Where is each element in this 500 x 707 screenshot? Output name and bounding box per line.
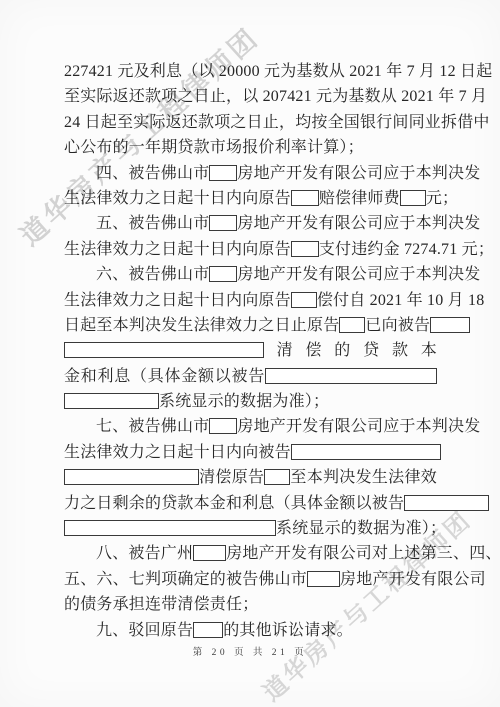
text-segment: 的债务承担连带清偿责任； bbox=[64, 596, 258, 613]
redaction-box bbox=[404, 495, 489, 511]
text-segment: 五、六、七判项确定的被告佛山市 bbox=[64, 571, 307, 588]
judgment-line: 心公布的一年期贷款市场报价利率计算）； bbox=[64, 135, 437, 160]
text-segment: 房地产开发有限公司应于本判决发 bbox=[237, 266, 480, 283]
redaction-box bbox=[209, 418, 237, 434]
text-segment: 五、被告佛山市 bbox=[96, 215, 209, 232]
text-segment: 房地产开发有限公司应于本判决发 bbox=[237, 215, 480, 232]
text-segment: 系统显示的数据为准）； bbox=[276, 520, 446, 537]
redaction-box bbox=[307, 571, 340, 587]
judgment-line: 八、被告广州房地产开发有限公司对上述第三、四、 bbox=[64, 541, 437, 566]
judgment-line: 生法律效力之日起十日内向原告赔偿律师费元； bbox=[64, 186, 437, 211]
text-segment: 房地产开发有限公司对上述第三、四、 bbox=[226, 545, 500, 562]
text-segment: 支付违约金 7274.71 元； bbox=[319, 241, 494, 258]
judgment-line: 五、六、七判项确定的被告佛山市房地产开发有限公司 bbox=[64, 567, 437, 592]
judgment-line: 的债务承担连带清偿责任； bbox=[64, 592, 437, 617]
redaction-box bbox=[291, 444, 441, 460]
text-segment: 至实际返还款项之日止，以 207421 元为基数从 2021 年 7 月 bbox=[64, 88, 487, 105]
text-segment: 生法律效力之日起十日内向被告 bbox=[64, 444, 291, 461]
text-segment: 赔偿律师费 bbox=[319, 190, 400, 207]
text-segment: 生法律效力之日起十日内向原告 bbox=[64, 292, 291, 309]
text-segment: 力之日剩余的贷款本金和利息（具体金额以被告 bbox=[64, 495, 404, 512]
text-segment: 四、被告佛山市 bbox=[96, 165, 209, 182]
text-segment: 房地产开发有限公司应于本判决发 bbox=[237, 165, 480, 182]
judgment-line: 系统显示的数据为准）； bbox=[64, 389, 437, 414]
judgment-line: 金和利息（具体金额以被告 bbox=[64, 364, 437, 389]
judgment-line: 至实际返还款项之日止，以 207421 元为基数从 2021 年 7 月 bbox=[64, 84, 437, 109]
text-segment: 金和利息（具体金额以被告 bbox=[64, 368, 265, 385]
text-segment: 元； bbox=[426, 190, 458, 207]
text-segment: 日起至本判决发生法律效力之日止原告 bbox=[64, 317, 339, 334]
redaction-box bbox=[264, 469, 290, 485]
text-segment: 的其他诉讼请求。 bbox=[223, 622, 353, 639]
page-number: 第 20 页 共 21 页 bbox=[0, 644, 500, 658]
text-segment: 生法律效力之日起十日内向原告 bbox=[64, 190, 291, 207]
redaction-box bbox=[64, 520, 276, 536]
redaction-box bbox=[339, 317, 365, 333]
redaction-box bbox=[193, 545, 226, 561]
text-segment: 房地产开发有限公司应于本判决发 bbox=[237, 418, 480, 435]
text-segment: 24 日起至实际返还款项之日止，均按全国银行间同业拆借中 bbox=[64, 114, 490, 131]
text-segment: 已向被告 bbox=[365, 317, 430, 334]
redaction-box bbox=[430, 317, 470, 333]
redaction-box bbox=[400, 190, 426, 206]
text-segment: 清偿原告 bbox=[199, 469, 264, 486]
judgment-line: 清偿原告至本判决发生法律效 bbox=[64, 465, 437, 490]
judgment-line: 日起至本判决发生法律效力之日止原告已向被告 bbox=[64, 313, 437, 338]
text-segment: 九、驳回原告 bbox=[96, 622, 193, 639]
redaction-box bbox=[209, 165, 237, 181]
judgment-line: 四、被告佛山市房地产开发有限公司应于本判决发 bbox=[64, 161, 437, 186]
redaction-box bbox=[209, 266, 237, 282]
text-segment: 偿付自 2021 年 10 月 18 bbox=[317, 292, 485, 309]
judgment-line: 九、驳回原告的其他诉讼请求。 bbox=[64, 618, 437, 643]
text-segment: 清偿的贷款本 bbox=[264, 342, 437, 359]
redaction-box bbox=[291, 292, 317, 308]
redaction-box bbox=[64, 342, 264, 358]
document-page: 道华房产与工程律师团 道华房产与工程律师团 227421 元及利息（以 2000… bbox=[0, 0, 500, 707]
judgment-line: 七、被告佛山市房地产开发有限公司应于本判决发 bbox=[64, 414, 437, 439]
text-segment: 房地产开发有限公司 bbox=[340, 571, 486, 588]
redaction-box bbox=[64, 393, 159, 409]
judgment-line: 生法律效力之日起十日内向被告 bbox=[64, 440, 437, 465]
judgment-line: 生法律效力之日起十日内向原告偿付自 2021 年 10 月 18 bbox=[64, 288, 437, 313]
judgment-line: 六、被告佛山市房地产开发有限公司应于本判决发 bbox=[64, 262, 437, 287]
text-segment: 八、被告广州 bbox=[96, 545, 193, 562]
text-segment: 生法律效力之日起十日内向原告 bbox=[64, 241, 291, 258]
judgment-line: 生法律效力之日起十日内向原告支付违约金 7274.71 元； bbox=[64, 237, 437, 262]
redaction-box bbox=[291, 241, 319, 257]
judgment-line: 24 日起至实际返还款项之日止，均按全国银行间同业拆借中 bbox=[64, 110, 437, 135]
text-segment: 心公布的一年期贷款市场报价利率计算）； bbox=[64, 139, 364, 156]
judgment-line: 清偿的贷款本 bbox=[64, 338, 437, 363]
text-segment: 七、被告佛山市 bbox=[96, 418, 209, 435]
text-segment: 至本判决发生法律效 bbox=[290, 469, 437, 486]
judgment-text-body: 227421 元及利息（以 20000 元为基数从 2021 年 7 月 12 … bbox=[64, 59, 437, 643]
redaction-box bbox=[209, 215, 237, 231]
text-segment: 227421 元及利息（以 20000 元为基数从 2021 年 7 月 12 … bbox=[64, 63, 492, 80]
judgment-line: 五、被告佛山市房地产开发有限公司应于本判决发 bbox=[64, 211, 437, 236]
redaction-box bbox=[193, 622, 223, 638]
text-segment: 系统显示的数据为准）； bbox=[159, 393, 329, 410]
judgment-line: 力之日剩余的贷款本金和利息（具体金额以被告 bbox=[64, 491, 437, 516]
redaction-box bbox=[64, 469, 199, 485]
redaction-box bbox=[291, 190, 319, 206]
judgment-line: 系统显示的数据为准）； bbox=[64, 516, 437, 541]
judgment-line: 227421 元及利息（以 20000 元为基数从 2021 年 7 月 12 … bbox=[64, 59, 437, 84]
text-segment: 六、被告佛山市 bbox=[96, 266, 209, 283]
redaction-box bbox=[265, 368, 437, 384]
